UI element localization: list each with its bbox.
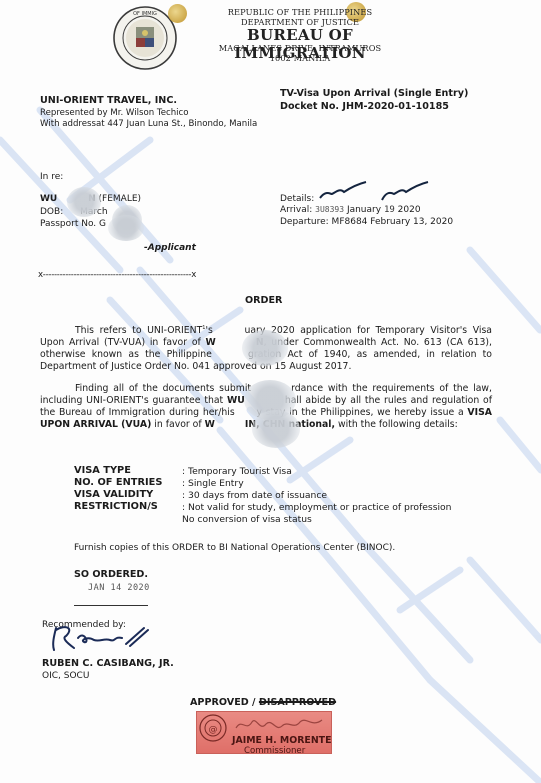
case-type: TV-Visa Upon Arrival (Single Entry)	[280, 88, 468, 99]
in-re-label: In re:	[40, 172, 63, 182]
visa-detail-value: : Single Entry	[182, 478, 244, 489]
arrival-day-handwritten: 19	[384, 205, 395, 215]
recommender-position: OIC, SOCU	[42, 671, 89, 681]
arrival-year: 2020	[398, 205, 421, 215]
visa-detail-label: NO. OF ENTRIES	[74, 477, 162, 488]
approved-label: APPROVED /	[190, 697, 256, 708]
furnish-note: Furnish copies of this ORDER to BI Natio…	[74, 543, 395, 553]
svg-text:@: @	[209, 725, 218, 735]
details-label: Details:	[280, 194, 314, 204]
text: WU	[227, 395, 245, 406]
disapproved-label: DISAPPROVED	[259, 697, 336, 708]
applicant-name-prefix: WU	[40, 194, 57, 204]
header-republic: REPUBLIC OF THE PHILIPPINES	[180, 7, 420, 17]
approval-line: APPROVED / DISAPPROVED	[190, 697, 336, 708]
signature-recommender-icon	[44, 620, 154, 654]
applicant-passport: Passport No. G	[40, 219, 106, 229]
visa-detail-value: : Temporary Tourist Visa	[182, 466, 292, 477]
separator-line: x---------------------------------------…	[38, 270, 196, 280]
visa-detail-value: : Not valid for study, employment or pra…	[182, 502, 451, 513]
redaction-blur	[242, 330, 288, 366]
commissioner-seal-icon: @	[198, 713, 228, 743]
arrival-flight-handwritten: 3U8393	[315, 205, 344, 214]
text: W	[205, 419, 215, 430]
text: W	[206, 337, 216, 348]
visa-detail-label: VISA VALIDITY	[74, 489, 153, 500]
dob-label: DOB:	[40, 207, 63, 217]
text: in favor of	[154, 419, 201, 430]
order-title: ORDER	[245, 295, 282, 306]
recommender-name: RUBEN C. CASIBANG, JR.	[42, 658, 174, 669]
so-ordered: SO ORDERED.	[74, 569, 148, 580]
arrival-label: Arrival:	[280, 205, 312, 215]
departure-line: Departure: MF8684 February 13, 2020	[280, 217, 453, 227]
commissioner-signature-icon	[232, 714, 328, 736]
svg-text:OF IMMIG: OF IMMIG	[133, 11, 157, 17]
visa-order-document: OF IMMIG REPUBLIC OF THE PHILIPPINES DEP…	[0, 0, 541, 783]
text: 's	[205, 325, 212, 336]
arrival-month: January	[347, 205, 381, 215]
handwritten-checkmark-icon	[318, 180, 368, 202]
header-address2: 1002 MANILA	[180, 53, 420, 63]
signature-line	[74, 605, 148, 606]
handwritten-checkmark-icon	[380, 180, 430, 202]
date-stamp: JAN 14 2020	[88, 583, 150, 593]
redaction-blur	[252, 410, 300, 448]
text: This refers to UNI-ORIENT	[75, 325, 202, 336]
requester-company: UNI-ORIENT TRAVEL, INC.	[40, 95, 177, 106]
redaction-blur	[108, 215, 144, 241]
redaction-blur	[67, 187, 101, 217]
requester-address: With addressat 447 Juan Luna St., Binond…	[40, 119, 257, 129]
approver-title: Commissioner	[244, 746, 305, 756]
applicant-role: -Applicant	[144, 243, 196, 253]
text: Finding all of the documents submit	[75, 383, 251, 394]
arrival-line: Arrival: 3U8393 January 19 2020	[280, 205, 421, 215]
approver-name: JAIME H. MORENTE	[232, 735, 331, 746]
applicant-gender: (FEMALE)	[99, 194, 142, 204]
visa-detail-label: VISA TYPE	[74, 465, 131, 476]
header-address1: MAGALLANES DRIVE, INTRAMUROS	[180, 43, 420, 53]
text: with the following details:	[338, 419, 458, 430]
docket-number: Docket No. JHM-2020-01-10185	[280, 101, 449, 112]
visa-detail-value: : 30 days from date of issuance	[182, 490, 327, 501]
visa-detail-label: RESTRICTION/S	[74, 501, 158, 512]
restriction-extra: No conversion of visa status	[182, 514, 312, 525]
requester-represented-by: Represented by Mr. Wilson Techico	[40, 108, 189, 118]
